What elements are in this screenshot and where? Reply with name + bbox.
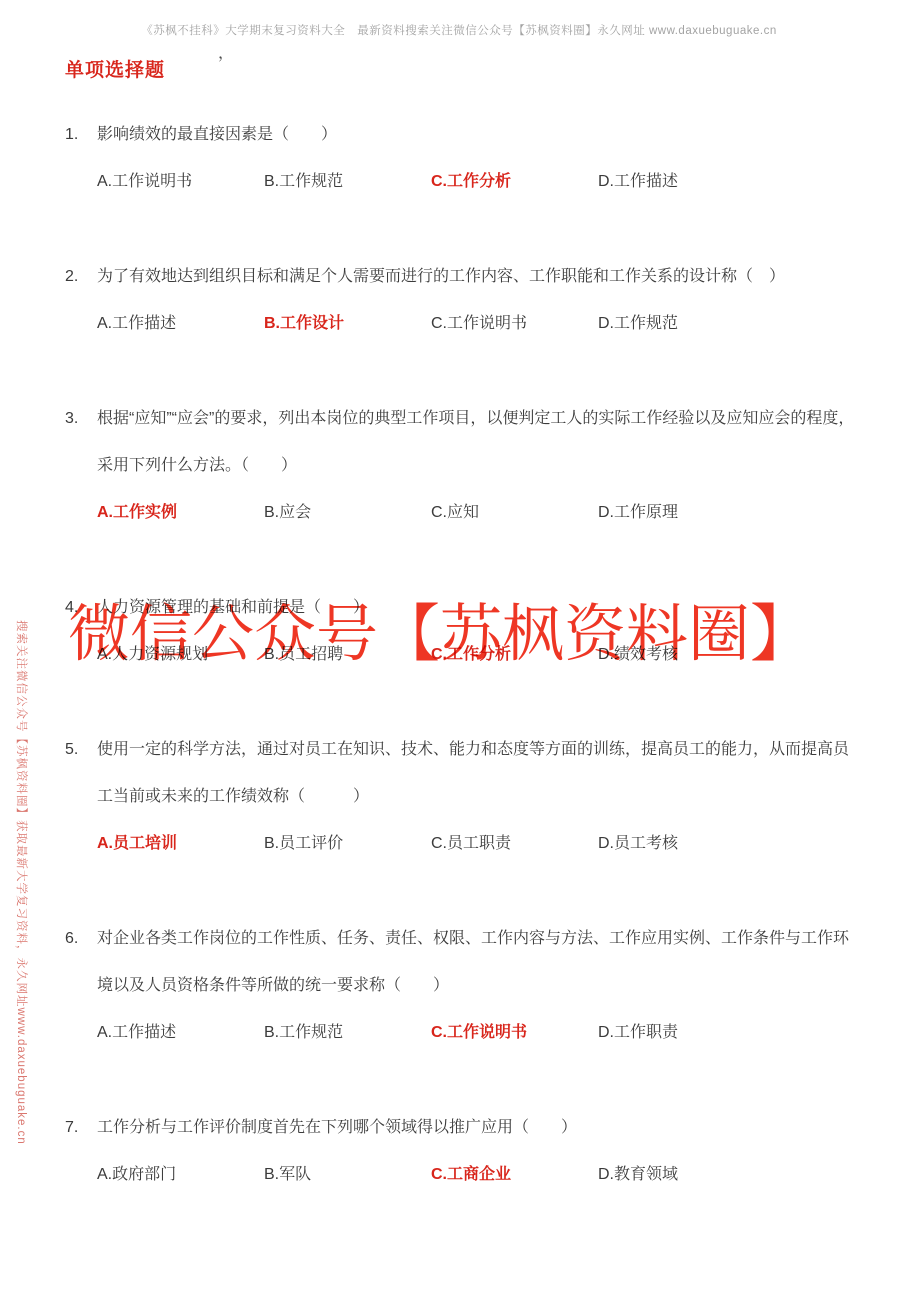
question-number: 5.	[65, 726, 97, 820]
question-text: 为了有效地达到组织目标和满足个人需要而进行的工作内容、工作职能和工作关系的设计称…	[97, 253, 863, 300]
option: B.员工招聘	[264, 631, 431, 678]
page-header-watermark-text: 《苏枫不挂科》大学期末复习资料大全 最新资料搜索关注微信公众号【苏枫资料圈】永久…	[0, 22, 918, 38]
question-text-row: 2.为了有效地达到组织目标和满足个人需要而进行的工作内容、工作职能和工作关系的设…	[65, 253, 863, 300]
question-text: 人力资源管理的基础和前提是（ ）	[97, 584, 863, 631]
question-number: 7.	[65, 1104, 97, 1151]
question-text: 使用一定的科学方法，通过对员工在知识、技术、能力和态度等方面的训练，提高员工的能…	[97, 726, 863, 820]
question-item: 1.影响绩效的最直接因素是（ ）A.工作说明书B.工作规范C.工作分析D.工作描…	[65, 111, 863, 205]
section-title: 单项选择题	[65, 58, 863, 84]
option: B.工作规范	[264, 158, 431, 205]
question-number: 3.	[65, 395, 97, 489]
question-number: 1.	[65, 111, 97, 158]
question-number: 2.	[65, 253, 97, 300]
options-row: A.政府部门B.军队C.工商企业D.教育领域	[65, 1151, 863, 1198]
option-correct: C.工作分析	[431, 631, 598, 678]
option: A.政府部门	[97, 1151, 264, 1198]
question-text-row: 7.工作分析与工作评价制度首先在下列哪个领域得以推广应用（ ）	[65, 1104, 863, 1151]
option: A.人力资源规划	[97, 631, 264, 678]
option: A.工作描述	[97, 300, 264, 347]
options-row: A.工作实例B.应会C.应知D.工作原理	[65, 489, 863, 536]
option: A.工作说明书	[97, 158, 264, 205]
option: B.工作规范	[264, 1009, 431, 1056]
question-text: 对企业各类工作岗位的工作性质、任务、责任、权限、工作内容与方法、工作应用实例、工…	[97, 915, 863, 1009]
option-correct: C.工作说明书	[431, 1009, 598, 1056]
question-text: 根据“应知”“应会”的要求，列出本岗位的典型工作项目，以便判定工人的实际工作经验…	[97, 395, 863, 489]
options-row: A.工作说明书B.工作规范C.工作分析D.工作描述	[65, 158, 863, 205]
option: A.工作描述	[97, 1009, 264, 1056]
option: D.工作规范	[598, 300, 680, 347]
option-correct: A.员工培训	[97, 820, 264, 867]
question-text-row: 5.使用一定的科学方法，通过对员工在知识、技术、能力和态度等方面的训练，提高员工…	[65, 726, 863, 820]
question-number: 4.	[65, 584, 97, 631]
option: D.工作职责	[598, 1009, 680, 1056]
question-text-row: 1.影响绩效的最直接因素是（ ）	[65, 111, 863, 158]
question-text-row: 4.人力资源管理的基础和前提是（ ）	[65, 584, 863, 631]
option: D.工作描述	[598, 158, 680, 205]
option-correct: C.工作分析	[431, 158, 598, 205]
question-item: 3.根据“应知”“应会”的要求，列出本岗位的典型工作项目，以便判定工人的实际工作…	[65, 395, 863, 536]
side-vertical-watermark: 搜索关注微信公众号【苏枫资料圈】获取最新大学复习资料，永久网址www.daxue…	[14, 620, 30, 1145]
option: B.军队	[264, 1151, 431, 1198]
question-text-row: 6.对企业各类工作岗位的工作性质、任务、责任、权限、工作内容与方法、工作应用实例…	[65, 915, 863, 1009]
question-item: 4.人力资源管理的基础和前提是（ ）A.人力资源规划B.员工招聘C.工作分析D.…	[65, 584, 863, 678]
option: C.员工职责	[431, 820, 598, 867]
option: D.员工考核	[598, 820, 680, 867]
question-text: 影响绩效的最直接因素是（ ）	[97, 111, 863, 158]
question-item: 5.使用一定的科学方法，通过对员工在知识、技术、能力和态度等方面的训练，提高员工…	[65, 726, 863, 867]
question-list: 1.影响绩效的最直接因素是（ ）A.工作说明书B.工作规范C.工作分析D.工作描…	[65, 111, 863, 1198]
option: D.工作原理	[598, 489, 680, 536]
option: B.应会	[264, 489, 431, 536]
question-item: 7.工作分析与工作评价制度首先在下列哪个领域得以推广应用（ ）A.政府部门B.军…	[65, 1104, 863, 1198]
options-row: A.工作描述B.工作规范C.工作说明书D.工作职责	[65, 1009, 863, 1056]
option: D.绩效考核	[598, 631, 680, 678]
options-row: A.人力资源规划B.员工招聘C.工作分析D.绩效考核	[65, 631, 863, 678]
option: C.应知	[431, 489, 598, 536]
options-row: A.员工培训B.员工评价C.员工职责D.员工考核	[65, 820, 863, 867]
option-correct: A.工作实例	[97, 489, 264, 536]
question-item: 6.对企业各类工作岗位的工作性质、任务、责任、权限、工作内容与方法、工作应用实例…	[65, 915, 863, 1056]
question-number: 6.	[65, 915, 97, 1009]
option: B.员工评价	[264, 820, 431, 867]
option: C.工作说明书	[431, 300, 598, 347]
document-body: 单项选择题 1.影响绩效的最直接因素是（ ）A.工作说明书B.工作规范C.工作分…	[65, 58, 863, 1246]
question-text: 工作分析与工作评价制度首先在下列哪个领域得以推广应用（ ）	[97, 1104, 863, 1151]
option: D.教育领域	[598, 1151, 680, 1198]
option-correct: B.工作设计	[264, 300, 431, 347]
question-text-row: 3.根据“应知”“应会”的要求，列出本岗位的典型工作项目，以便判定工人的实际工作…	[65, 395, 863, 489]
question-item: 2.为了有效地达到组织目标和满足个人需要而进行的工作内容、工作职能和工作关系的设…	[65, 253, 863, 347]
options-row: A.工作描述B.工作设计C.工作说明书D.工作规范	[65, 300, 863, 347]
option-correct: C.工商企业	[431, 1151, 598, 1198]
